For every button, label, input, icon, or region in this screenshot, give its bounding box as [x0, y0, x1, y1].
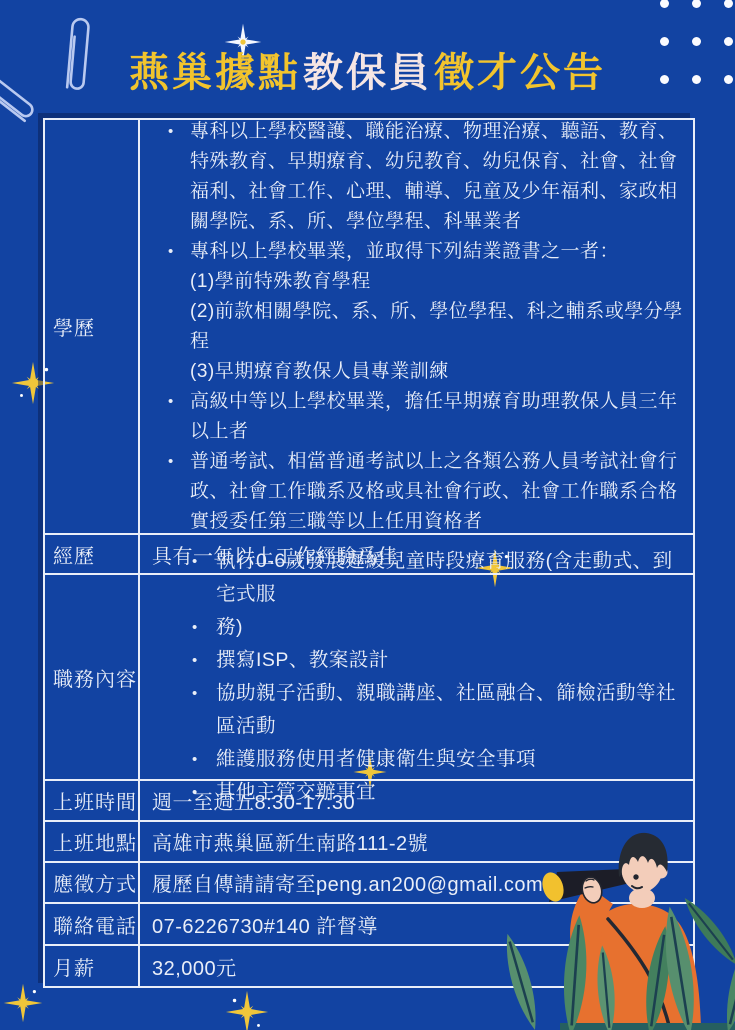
bullet-list: 專科以上學校醫護、職能治療、物理治療、聽語、教育、特殊教育、早期療育、幼兒教育、… [152, 117, 685, 537]
list-item: (1)學前特殊教育學程 [152, 267, 685, 297]
title-segment: 教保員 [302, 51, 433, 95]
row-label: 學歷 [45, 120, 140, 533]
list-item: 專科以上學校醫護、職能治療、物理治療、聽語、教育、特殊教育、早期療育、幼兒教育、… [152, 117, 685, 237]
leaves-illustration [475, 890, 735, 1030]
title-segment: 徵才公告 [433, 51, 607, 95]
title-segment: 燕巢據點 [128, 51, 302, 95]
dot-icon [660, 0, 669, 8]
list-item: 其他主管交辦事宜 [152, 776, 685, 809]
dot-icon [692, 37, 701, 46]
list-item: (3)早期療育教保人員專業訓練 [152, 357, 685, 387]
row-content: 執行0-6歲發展遲緩兒童時段療育服務(含走動式、到宅式服務)撰寫ISP、教案設計… [140, 575, 693, 779]
list-item: 務) [152, 611, 685, 644]
dot-icon [692, 0, 701, 8]
dot-icon [724, 0, 733, 8]
row-content: 專科以上學校醫護、職能治療、物理治療、聽語、教育、特殊教育、早期療育、幼兒教育、… [140, 120, 693, 533]
table-row: 學歷專科以上學校醫護、職能治療、物理治療、聽語、教育、特殊教育、早期療育、幼兒教… [45, 120, 693, 533]
list-item: 協助親子活動、親職講座、社區融合、篩檢活動等社區活動 [152, 677, 685, 743]
row-label: 職務內容 [45, 575, 140, 779]
row-label: 上班時間 [45, 781, 140, 820]
list-item: (2)前款相關學院、系、所、學位學程、科之輔系或學分學程 [152, 297, 685, 357]
bullet-list: 執行0-6歲發展遲緩兒童時段療育服務(含走動式、到宅式服務)撰寫ISP、教案設計… [152, 545, 685, 809]
sparkle-icon [224, 989, 270, 1030]
row-label: 聯絡電話 [45, 904, 140, 944]
table-row: 職務內容執行0-6歲發展遲緩兒童時段療育服務(含走動式、到宅式服務)撰寫ISP、… [45, 573, 693, 779]
dot-icon [660, 37, 669, 46]
list-item: 撰寫ISP、教案設計 [152, 644, 685, 677]
row-label: 月薪 [45, 946, 140, 986]
dot-icon [724, 37, 733, 46]
row-label: 應徵方式 [45, 863, 140, 902]
row-label: 上班地點 [45, 822, 140, 861]
sparkle-icon [2, 982, 44, 1024]
row-label: 經歷 [45, 535, 140, 573]
list-item: 專科以上學校畢業，並取得下列結業證書之一者： [152, 237, 685, 267]
list-item: 執行0-6歲發展遲緩兒童時段療育服務(含走動式、到宅式服 [152, 545, 685, 611]
list-item: 維護服務使用者健康衛生與安全事項 [152, 743, 685, 776]
page-title: 燕巢據點教保員徵才公告 [0, 50, 735, 96]
list-item: 高級中等以上學校畢業，擔任早期療育助理教保人員三年以上者 [152, 387, 685, 447]
list-item: 普通考試、相當普通考試以上之各類公務人員考試社會行政、社會工作職系及格或具社會行… [152, 447, 685, 537]
